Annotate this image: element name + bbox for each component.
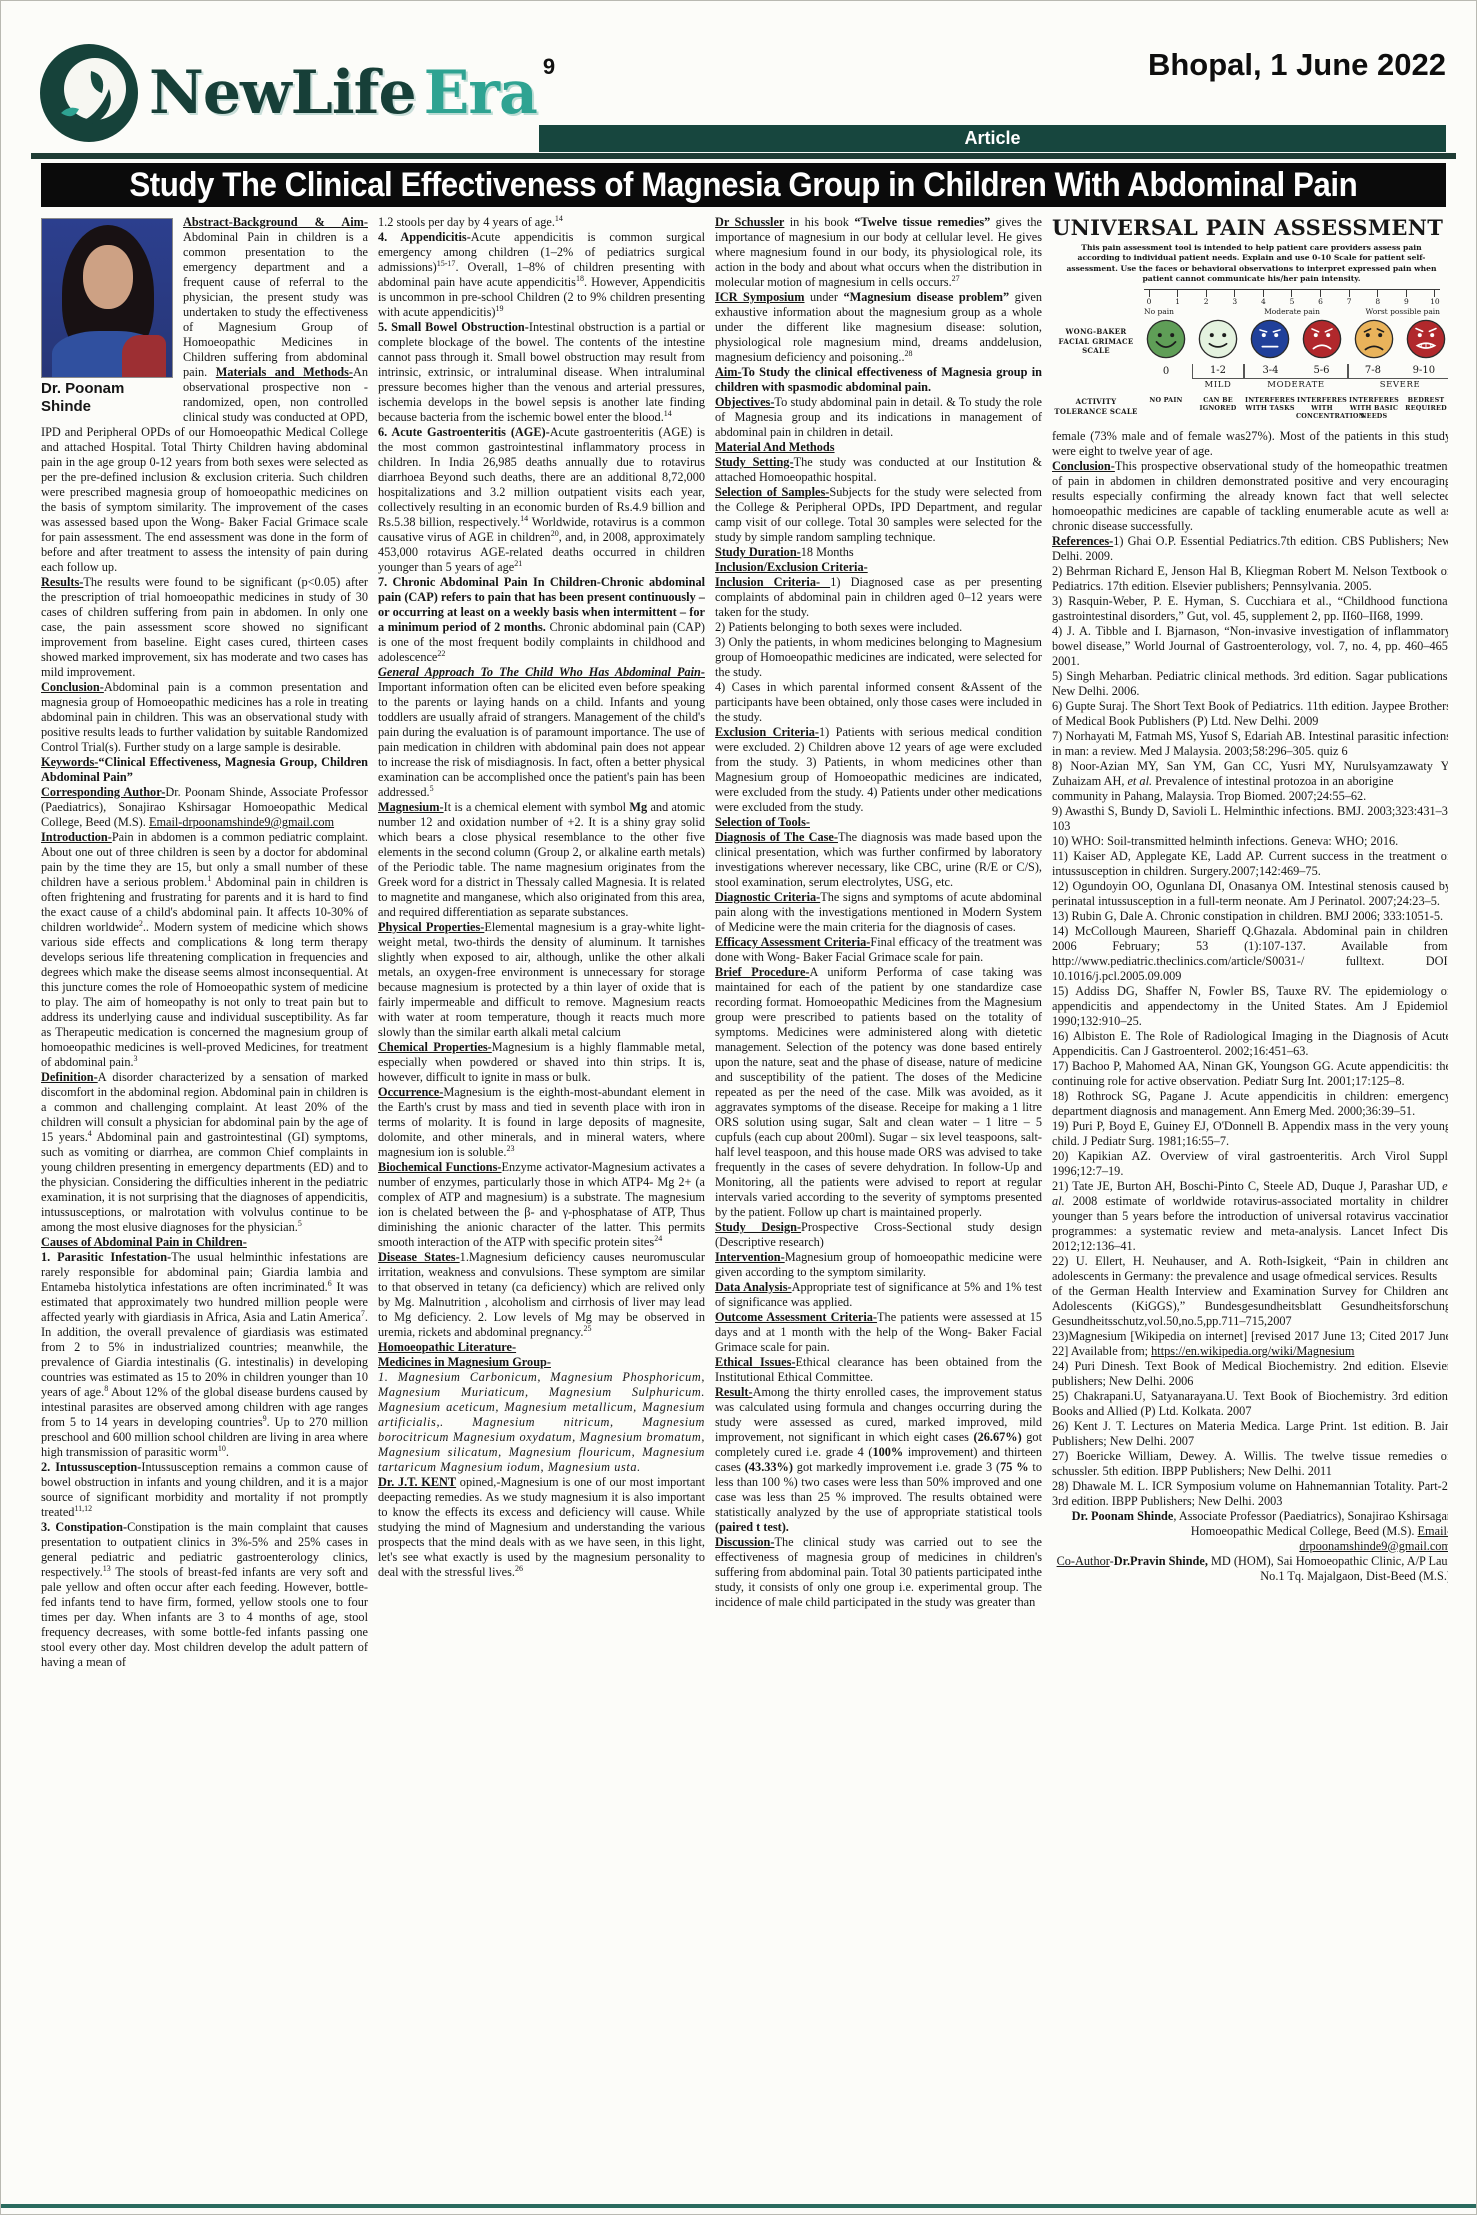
paragraph: ICR Symposium under “Magnesium disease p… (715, 290, 1042, 365)
tolerance-row: ACTIVITY TOLERANCE SCALE NO PAINCAN BE I… (1052, 393, 1448, 421)
section-heading: Outcome Assessment Criteria- (715, 1310, 877, 1324)
paragraph: of the German Health Interview and Exami… (1052, 1284, 1448, 1329)
scale-tick: 1 (1173, 290, 1183, 306)
paragraph: 6) Gupte Suraj. The Short Text Book of P… (1052, 699, 1448, 729)
paragraph: 27) Boericke William, Dewey. A. Willis. … (1052, 1449, 1448, 1479)
section-heading: Brief Procedure- (715, 965, 810, 979)
section-heading: Objectives- (715, 395, 774, 409)
masthead: NewLifeEra 9 Bhopal, 1 June 2022 Article (1, 1, 1476, 159)
paragraph: Diagnostic Criteria-The signs and sympto… (715, 890, 1042, 935)
pain-faces (1140, 318, 1448, 364)
paragraph: 28) Dhawale M. L. ICR Symposium volume o… (1052, 1479, 1448, 1509)
paragraph: 8) Noor-Azian MY, San YM, Gan CC, Yusri … (1052, 759, 1448, 789)
paragraph: 23)Magnesium [Wikipedia on internet] [re… (1052, 1329, 1448, 1359)
section-heading: Inclusion/Exclusion Criteria- (715, 560, 868, 574)
range-bracket: 7-89-10 (1348, 364, 1448, 379)
paragraph: 4) Cases in which parental informed cons… (715, 680, 1042, 725)
pain-face (1140, 318, 1192, 364)
paragraph: 3) Rasquin-Weber, P. E. Hyman, S. Cucchi… (1052, 594, 1448, 624)
section-heading: Keywords- (41, 755, 98, 769)
scale-tick: 2 (1201, 290, 1211, 306)
tolerance-labels: NO PAINCAN BE IGNOREDINTERFERES WITH TAS… (1140, 393, 1448, 421)
paragraph: 13) Rubin G, Dale A. Chronic constipatio… (1052, 909, 1448, 924)
paragraph: Keywords-“Clinical Effectiveness, Magnes… (41, 755, 368, 785)
dateline: Bhopal, 1 June 2022 (1148, 47, 1446, 83)
paragraph: General Approach To The Child Who Has Ab… (378, 665, 705, 800)
section-heading: Discussion- (715, 1535, 774, 1549)
severity-labels: MILDMODERATESEVERE (1140, 380, 1448, 390)
section-heading: 2. Intussusception- (41, 1460, 141, 1474)
paragraph: 5. Small Bowel Obstruction-Intestinal ob… (378, 320, 705, 425)
paragraph: Efficacy Assessment Criteria-Final effic… (715, 935, 1042, 965)
paragraph: 7) Norhayati M, Fatmah MS, Yusof S, Edar… (1052, 729, 1448, 759)
paragraph: 12) Ogundoyin OO, Ogunlana DI, Onasanya … (1052, 879, 1448, 909)
section-heading: 5. Small Bowel Obstruction- (378, 320, 529, 334)
section-heading: 6. Acute Gastroenteritis (AGE)- (378, 425, 550, 439)
wong-baker-label: WONG-BAKER FACIAL GRIMACE SCALE (1052, 327, 1140, 355)
section-heading: Conclusion- (41, 680, 104, 694)
column-1: Dr. Poonam Shinde Abstract-Background & … (41, 215, 368, 2194)
paragraph: Brief Procedure-A uniform Performa of ca… (715, 965, 1042, 1220)
paragraph: Selection of Tools- (715, 815, 1042, 830)
newspaper-name: NewLifeEra (149, 58, 537, 128)
footer-rule (1, 2204, 1476, 2208)
paragraph: Conclusion-This prospective observationa… (1052, 459, 1448, 534)
paragraph: Introduction-Pain in abdomen is a common… (41, 830, 368, 1070)
paragraph: 4. Appendicitis-Acute appendicitis is co… (378, 230, 705, 320)
activity-tolerance-label: ACTIVITY TOLERANCE SCALE (1052, 397, 1140, 416)
paragraph: 4) J. A. Tibble and I. Bjarnason, “Non-i… (1052, 624, 1448, 669)
section-heading: Intervention- (715, 1250, 785, 1264)
pain-range-label: 9-10 (1413, 365, 1435, 377)
paragraph: Exclusion Criteria-1) Patients with seri… (715, 725, 1042, 815)
pain-assessment-tool: UNIVERSAL PAIN ASSESSMENT TOOL This pain… (1052, 215, 1448, 421)
section-heading: Biochemical Functions- (378, 1160, 502, 1174)
scale-tick: 4 (1258, 290, 1268, 306)
section-heading: Efficacy Assessment Criteria- (715, 935, 870, 949)
section-label: Article (964, 128, 1020, 149)
section-heading: Inclusion Criteria- (715, 575, 830, 589)
scale-tick: 5 (1287, 290, 1297, 306)
scale-labels: No painModerate painWorst possible pain (1144, 307, 1440, 316)
pain-face-icon (1145, 318, 1187, 360)
pain-face (1244, 318, 1296, 364)
pain-range-label: 3-4 (1262, 365, 1278, 377)
section-heading: Chemical Properties- (378, 1040, 492, 1054)
paragraph: 11) Kaiser AD, Applegate KE, Ladd AP. Cu… (1052, 849, 1448, 879)
tolerance-label: INTERFERES WITH BASIC NEEDS (1348, 393, 1400, 421)
paragraph: Conclusion-Abdominal pain is a common pr… (41, 680, 368, 755)
section-heading: Introduction- (41, 830, 112, 844)
pain-face-icon (1353, 318, 1395, 360)
paragraph: Causes of Abdominal Pain in Children- (41, 1235, 368, 1250)
section-heading: Magnesium- (378, 800, 444, 814)
tolerance-label: CAN BE IGNORED (1192, 393, 1244, 421)
paragraph: Corresponding Author-Dr. Poonam Shinde, … (41, 785, 368, 830)
section-heading: Dr. J.T. KENT (378, 1475, 456, 1489)
section-heading: Conclusion- (1052, 459, 1115, 473)
paragraph: 5) Singh Meharban. Pediatric clinical me… (1052, 669, 1448, 699)
section-heading: Definition- (41, 1070, 98, 1084)
column-3: Dr Schussler in his book “Twelve tissue … (715, 215, 1042, 2194)
pain-face-icon (1301, 318, 1343, 360)
paragraph: 16) Albiston E. The Role of Radiological… (1052, 1029, 1448, 1059)
severity-label: MODERATE (1244, 380, 1348, 390)
newspaper-page: NewLifeEra 9 Bhopal, 1 June 2022 Article… (0, 0, 1477, 2215)
section-heading: Dr Schussler (715, 215, 784, 229)
paragraph: Diagnosis of The Case-The diagnosis was … (715, 830, 1042, 890)
severity-label (1140, 380, 1192, 390)
section-heading: Diagnosis of The Case- (715, 830, 838, 844)
author-photo-block: Dr. Poonam Shinde (41, 218, 175, 417)
tolerance-label: INTERFERES WITH TASKS (1244, 393, 1296, 421)
paragraph: 25) Chakrapani.U, Satyanarayana.U. Text … (1052, 1389, 1448, 1419)
scale-tick: 10 (1430, 290, 1440, 306)
paragraph: Result-Among the thirty enrolled cases, … (715, 1385, 1042, 1535)
pain-range-label: 7-8 (1365, 365, 1381, 377)
scale-tick: 9 (1401, 290, 1411, 306)
tolerance-label: INTERFERES WITH CONCENTRATION (1296, 393, 1348, 421)
paragraph: community in Pahang, Malaysia. Trop Biom… (1052, 789, 1448, 804)
section-heading: Material And Methods (715, 440, 835, 454)
section-bar: Article (539, 125, 1446, 152)
page-number: 9 (543, 54, 555, 80)
section-heading: Diagnostic Criteria- (715, 890, 820, 904)
paragraph: Definition-A disorder characterized by a… (41, 1070, 368, 1235)
paragraph: 24) Puri Dinesh. Text Book of Medical Bi… (1052, 1359, 1448, 1389)
paragraph: 2) Behrman Richard E, Jenson Hal B, Klie… (1052, 564, 1448, 594)
pain-face (1192, 318, 1244, 364)
section-heading: General Approach To The Child Who Has Ab… (378, 665, 705, 679)
paragraph: Discussion-The clinical study was carrie… (715, 1535, 1042, 1610)
paragraph: Material And Methods (715, 440, 1042, 455)
ruler-ticks: 012345678910 (1144, 290, 1440, 306)
paragraph: Inclusion Criteria- 1) Diagnosed case as… (715, 575, 1042, 620)
section-heading: Exclusion Criteria- (715, 725, 819, 739)
section-heading: Corresponding Author- (41, 785, 165, 799)
pain-range-label: 1-2 (1210, 365, 1226, 377)
paragraph: Study Design-Prospective Cross-Sectional… (715, 1220, 1042, 1250)
paragraph: 3. Constipation-Constipation is the main… (41, 1520, 368, 1670)
section-heading: References- (1052, 534, 1113, 548)
paragraph: Physical Properties-Elemental magnesium … (378, 920, 705, 1040)
paragraph: Selection of Samples-Subjects for the st… (715, 485, 1042, 545)
paragraph: Outcome Assessment Criteria-The patients… (715, 1310, 1042, 1355)
paragraph: 2) Patients belonging to both sexes were… (715, 620, 1042, 635)
paragraph: 22) U. Ellert, H. Neuhauser, and A. Roth… (1052, 1254, 1448, 1284)
paragraph: 1.2 stools per day by 4 years of age.14 (378, 215, 705, 230)
paragraph: Homoeopathic Literature- (378, 1340, 705, 1355)
section-heading: Result- (715, 1385, 753, 1399)
section-heading: 3. Constipation- (41, 1520, 127, 1534)
pain-face (1348, 318, 1400, 364)
pain-scale-ruler: 012345678910 (1144, 289, 1440, 306)
paragraph: Study Duration-18 Months (715, 545, 1042, 560)
section-heading: 1. Parasitic Infestation- (41, 1250, 171, 1264)
paragraph: Intervention-Magnesium group of homoeopa… (715, 1250, 1042, 1280)
paragraph: Dr. J.T. KENT opined,-Magnesium is one o… (378, 1475, 705, 1580)
column-4-text: female (73% male and of female was27%). … (1052, 429, 1448, 1584)
pain-range-label: 5-6 (1313, 365, 1329, 377)
section-heading: Causes of Abdominal Pain in Children- (41, 1235, 247, 1249)
paragraph: Chemical Properties-Magnesium is a highl… (378, 1040, 705, 1085)
paragraph: 2. Intussusception-Intussusception remai… (41, 1460, 368, 1520)
paragraph: 18) Rothrock SG, Pagane J. Acute appendi… (1052, 1089, 1448, 1119)
paragraph: 9) Awasthi S, Bundy D, Savioli L. Helmin… (1052, 804, 1448, 834)
paragraph: Study Setting-The study was conducted at… (715, 455, 1042, 485)
paragraph: 21) Tate JE, Burton AH, Boschi-Pinto C, … (1052, 1179, 1448, 1254)
section-heading: Study Design- (715, 1220, 801, 1234)
paragraph: 6. Acute Gastroenteritis (AGE)-Acute gas… (378, 425, 705, 575)
paragraph: 14) McCollough Maureen, Sharieff Q.Ghaza… (1052, 924, 1448, 984)
faces-row: WONG-BAKER FACIAL GRIMACE SCALE (1052, 318, 1448, 364)
section-heading: Disease States- (378, 1250, 460, 1264)
paragraph: Inclusion/Exclusion Criteria- (715, 560, 1042, 575)
paragraph: 1. Magnesium Carbonicum, Magnesium Phosp… (378, 1370, 705, 1475)
paragraph: 15) Addiss DG, Shaffer N, Fowler BS, Tau… (1052, 984, 1448, 1029)
pain-face (1400, 318, 1448, 364)
header-rule (31, 153, 1456, 159)
paragraph: Medicines in Magnesium Group- (378, 1355, 705, 1370)
pain-tool-description: This pain assessment tool is intended to… (1052, 241, 1448, 287)
photo-face (83, 245, 133, 309)
section-heading: Ethical Issues- (715, 1355, 796, 1369)
paragraph: 26) Kent J. T. Lectures on Materia Medic… (1052, 1419, 1448, 1449)
article-title-band: Study The Clinical Effectiveness of Magn… (41, 163, 1446, 207)
paragraph: 7. Chronic Abdominal Pain In Children-Ch… (378, 575, 705, 665)
section-heading: Selection of Tools- (715, 815, 810, 829)
paragraph: Biochemical Functions-Enzyme activator-M… (378, 1160, 705, 1250)
article-body: Dr. Poonam Shinde Abstract-Background & … (41, 215, 1448, 2194)
newspaper-logo: NewLifeEra 9 (39, 43, 555, 143)
scale-label: Moderate pain (1243, 307, 1342, 316)
tolerance-label: NO PAIN (1140, 393, 1192, 421)
paragraph: 19) Puri P, Boyd E, Guiney EJ, O'Donnell… (1052, 1119, 1448, 1149)
author-photo (41, 218, 173, 378)
paragraph: Aim-To Study the clinical effectiveness … (715, 365, 1042, 395)
photo-sari (122, 335, 166, 378)
paragraph: 10) WHO: Soil-transmitted helminth infec… (1052, 834, 1448, 849)
paragraph: Co-Author-Dr.Pravin Shinde, MD (HOM), Sa… (1052, 1554, 1448, 1584)
section-heading: Data Analysis- (715, 1280, 792, 1294)
pain-tool-title: UNIVERSAL PAIN ASSESSMENT TOOL (1052, 215, 1448, 241)
section-heading: Medicines in Magnesium Group- (378, 1355, 551, 1369)
pain-face (1296, 318, 1348, 364)
author-photo-caption: Dr. Poonam Shinde (41, 380, 175, 417)
section-heading: Physical Properties- (378, 920, 484, 934)
scale-tick: 8 (1373, 290, 1383, 306)
pain-face-icon (1197, 318, 1239, 360)
paragraph: 1. Parasitic Infestation-The usual helmi… (41, 1250, 368, 1460)
newlife-logo-icon (39, 43, 139, 143)
section-heading: 4. Appendicitis- (378, 230, 471, 244)
section-heading: Occurrence- (378, 1085, 443, 1099)
pain-face-icon (1405, 318, 1447, 360)
paragraph: 20) Kapikian AZ. Overview of viral gastr… (1052, 1149, 1448, 1179)
paragraph: Results-The results were found to be sig… (41, 575, 368, 680)
column-2: 1.2 stools per day by 4 years of age.144… (378, 215, 705, 2194)
severity-label: SEVERE (1348, 380, 1448, 390)
scale-label: No pain (1144, 307, 1243, 316)
section-heading: Selection of Samples- (715, 485, 829, 499)
paragraph: Objectives-To study abdominal pain in de… (715, 395, 1042, 440)
paragraph: Disease States-1.Magnesium deficiency ca… (378, 1250, 705, 1340)
paragraph: female (73% male and of female was27%). … (1052, 429, 1448, 459)
pain-range-label: 0 (1163, 366, 1169, 378)
scale-tick: 6 (1316, 290, 1326, 306)
scale-label: Worst possible pain (1341, 307, 1440, 316)
section-heading: Aim- (715, 365, 742, 379)
section-heading: Abstract-Background & Aim- (183, 215, 368, 229)
paragraph: Occurrence-Magnesium is the eighth-most-… (378, 1085, 705, 1160)
scale-tick: 0 (1144, 290, 1154, 306)
paragraph: References-1) Ghai O.P. Essential Pediat… (1052, 534, 1448, 564)
article-title: Study The Clinical Effectiveness of Magn… (130, 166, 1358, 205)
paragraph: Dr. Poonam Shinde, Associate Professor (… (1052, 1509, 1448, 1554)
range-bracket: 0 (1140, 364, 1192, 379)
paragraph: Magnesium-It is a chemical element with … (378, 800, 705, 920)
paragraph: Dr Schussler in his book “Twelve tissue … (715, 215, 1042, 290)
paragraph: Data Analysis-Appropriate test of signif… (715, 1280, 1042, 1310)
range-bracket: 1-2 (1192, 364, 1244, 379)
section-heading: Results- (41, 575, 83, 589)
paragraph: 3) Only the patients, in whom medicines … (715, 635, 1042, 680)
paragraph: Ethical Issues-Ethical clearance has bee… (715, 1355, 1042, 1385)
column-4: UNIVERSAL PAIN ASSESSMENT TOOL This pain… (1052, 215, 1448, 2194)
section-heading: ICR Symposium (715, 290, 805, 304)
scale-tick: 3 (1230, 290, 1240, 306)
range-brackets: 01-23-45-67-89-10 (1140, 364, 1448, 379)
section-heading: Study Duration- (715, 545, 801, 559)
section-heading: Study Setting- (715, 455, 794, 469)
range-bracket: 3-45-6 (1244, 364, 1348, 379)
paragraph: 17) Bachoo P, Mahomed AA, Ninan GK, Youn… (1052, 1059, 1448, 1089)
severity-label: MILD (1192, 380, 1244, 390)
pain-face-icon (1249, 318, 1291, 360)
tolerance-label: BEDREST REQUIRED (1400, 393, 1448, 421)
section-heading: Homoeopathic Literature- (378, 1340, 516, 1354)
scale-tick: 7 (1344, 290, 1354, 306)
section-heading: 7. Chronic Abdominal Pain In Children- (378, 575, 601, 589)
